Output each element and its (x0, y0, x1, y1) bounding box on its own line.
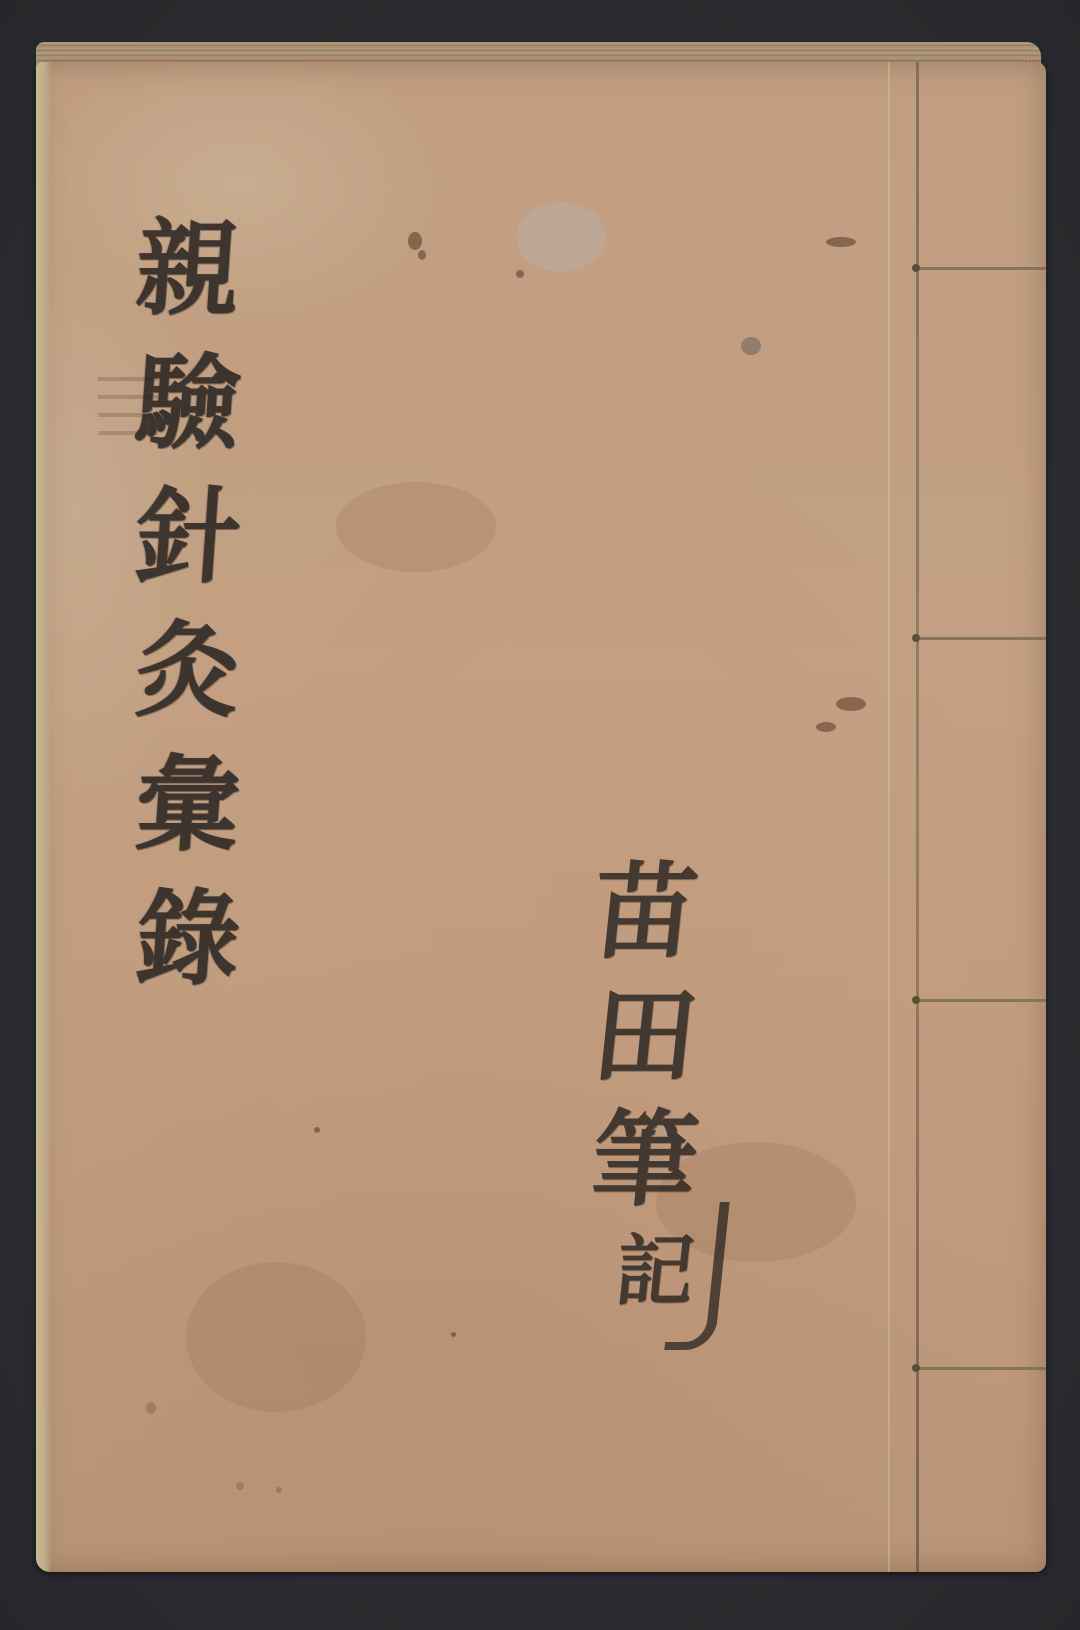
book-cover: 親 驗 針 灸 彙 錄 苗 田 筆 記 (36, 62, 1046, 1572)
title-char: 彙 (131, 738, 244, 872)
title-char: 親 (131, 202, 244, 336)
binding-stitch (912, 634, 920, 642)
spine-fold-line (888, 62, 890, 1572)
inscription-char: 田 (586, 974, 703, 1098)
binding-thread-horizontal (916, 1367, 1046, 1370)
ink-spot (826, 237, 856, 247)
inscription-char: 苗 (586, 850, 703, 974)
binding-thread-horizontal (916, 999, 1046, 1002)
ink-spot (236, 1482, 244, 1490)
ink-spot (516, 270, 524, 278)
scan-background: 親 驗 針 灸 彙 錄 苗 田 筆 記 (0, 0, 1080, 1630)
binding-stitch (912, 996, 920, 1004)
title-char: 錄 (131, 872, 244, 1006)
binding-stitch (912, 1364, 920, 1372)
binding-stitch (912, 264, 920, 272)
age-blotch (516, 202, 606, 272)
age-blotch (186, 1262, 366, 1412)
binding-thread-vertical (916, 62, 919, 1572)
ink-spot (418, 250, 426, 260)
binding-thread-horizontal (916, 637, 1046, 640)
ink-spot (741, 337, 761, 355)
binding-thread-horizontal (916, 267, 1046, 270)
ink-spot (408, 232, 422, 250)
ink-spot (276, 1487, 282, 1493)
book-title: 親 驗 針 灸 彙 錄 (128, 202, 248, 1006)
ink-spot (836, 697, 866, 711)
title-char: 驗 (131, 336, 244, 470)
ink-spot (314, 1127, 320, 1133)
cover-left-edge (36, 62, 52, 1572)
ink-spot (451, 1332, 456, 1337)
title-char: 針 (131, 470, 244, 604)
ink-spot (146, 1402, 156, 1414)
age-blotch (336, 482, 496, 572)
ink-spot (816, 722, 836, 732)
title-char: 灸 (131, 604, 244, 738)
